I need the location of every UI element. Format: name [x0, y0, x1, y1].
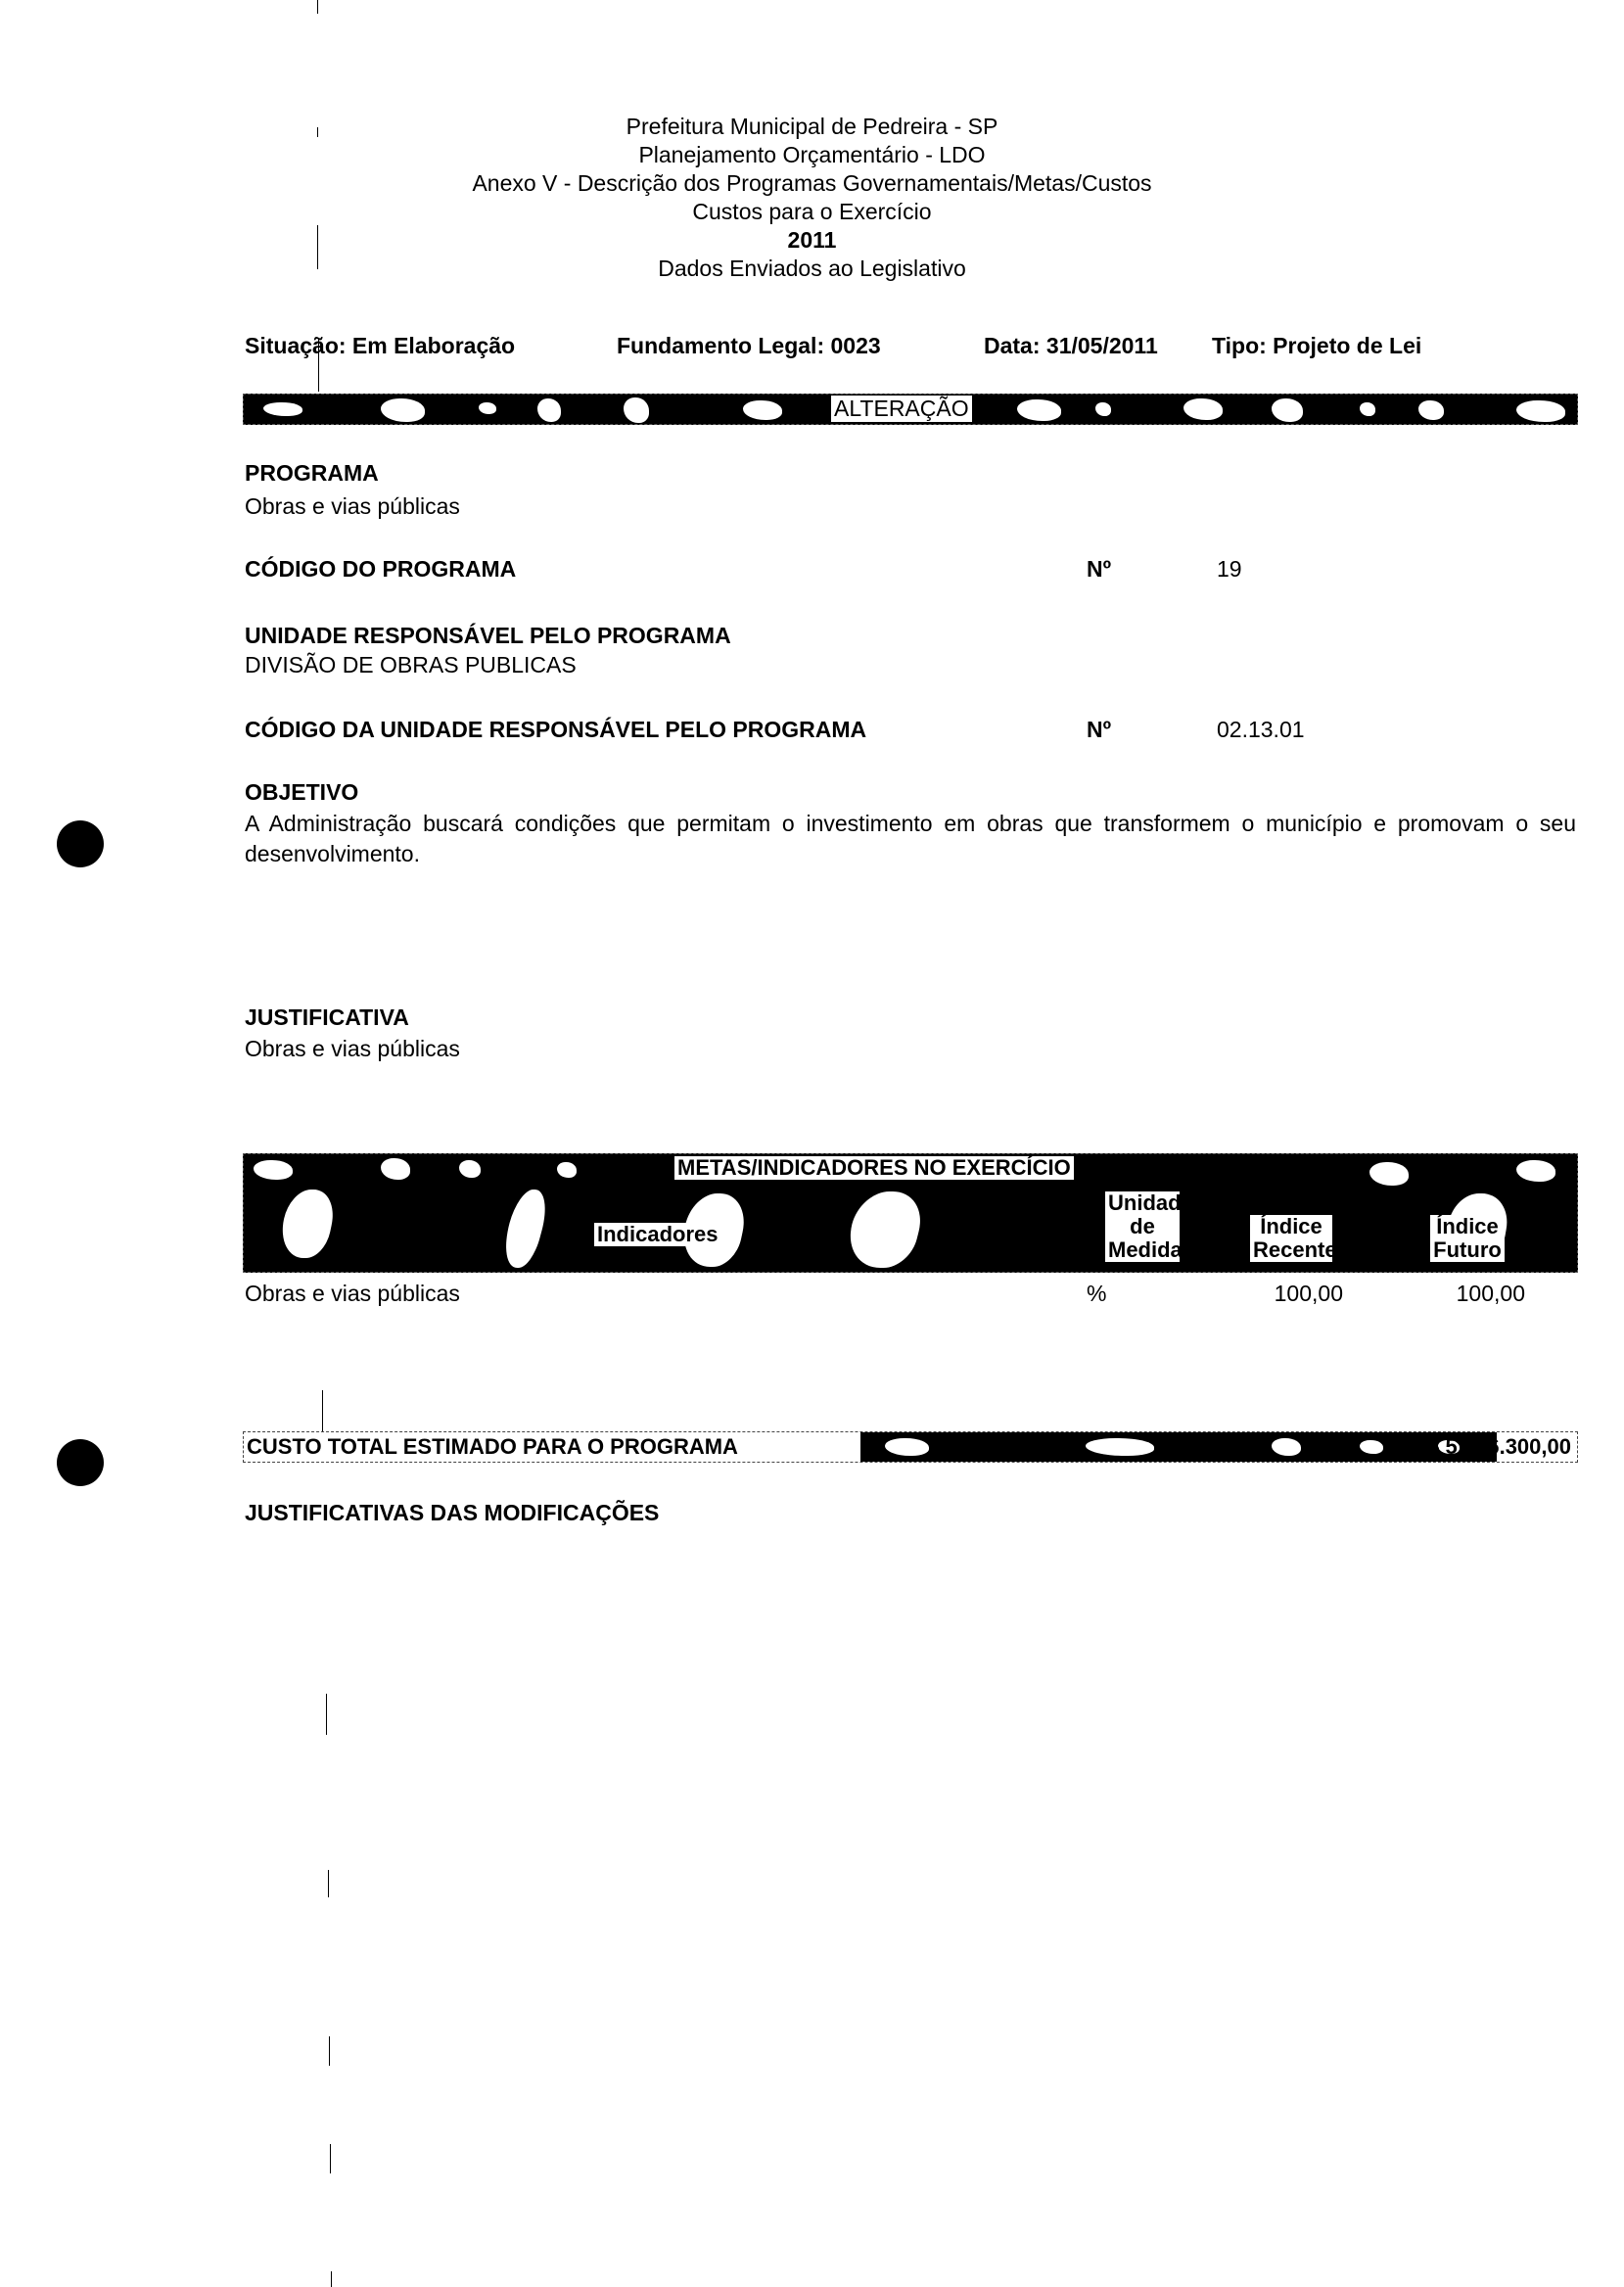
header-year: 2011	[0, 226, 1624, 255]
tipo: Tipo: Projeto de Lei	[1212, 333, 1421, 359]
codigo-programa-value: 19	[1217, 556, 1242, 583]
situacao: Situação: Em Elaboração	[245, 333, 515, 359]
punch-hole-bottom	[57, 1439, 104, 1486]
justificativa-text: Obras e vias públicas	[245, 1036, 460, 1062]
metas-row-recente: 100,00	[1275, 1281, 1343, 1307]
document-header: Prefeitura Municipal de Pedreira - SP Pl…	[0, 113, 1624, 283]
col-indice-futuro: Índice Futuro	[1430, 1215, 1505, 1262]
scan-mark	[330, 2144, 331, 2173]
header-costs: Custos para o Exercício	[0, 198, 1624, 226]
custo-total-bar: CUSTO TOTAL ESTIMADO PARA O PROGRAMA R$ …	[243, 1431, 1578, 1463]
programa-heading: PROGRAMA	[245, 460, 379, 487]
header-planning: Planejamento Orçamentário - LDO	[0, 141, 1624, 169]
col-indicadores: Indicadores	[594, 1223, 720, 1246]
col-indice-recente: Índice Recente	[1250, 1215, 1332, 1262]
scan-mark	[331, 2271, 332, 2287]
codigo-unidade-heading: CÓDIGO DA UNIDADE RESPONSÁVEL PELO PROGR…	[245, 717, 866, 743]
scan-mark	[328, 1870, 329, 1897]
fundamento-legal: Fundamento Legal: 0023	[617, 333, 881, 359]
header-sent: Dados Enviados ao Legislativo	[0, 255, 1624, 283]
header-annex: Anexo V - Descrição dos Programas Govern…	[0, 169, 1624, 198]
codigo-unidade-value: 02.13.01	[1217, 717, 1305, 743]
data: Data: 31/05/2011	[984, 333, 1158, 359]
codigo-unidade-num-label: Nº	[1087, 717, 1111, 743]
alteracao-label: ALTERAÇÃO	[831, 396, 972, 422]
scan-mark	[317, 0, 318, 14]
metas-row-indicador: Obras e vias públicas	[245, 1281, 460, 1307]
custo-total-label: CUSTO TOTAL ESTIMADO PARA O PROGRAMA	[247, 1434, 738, 1460]
header-municipality: Prefeitura Municipal de Pedreira - SP	[0, 113, 1624, 141]
objetivo-heading: OBJETIVO	[245, 779, 358, 806]
metas-row-unidade: %	[1087, 1281, 1106, 1307]
codigo-programa-heading: CÓDIGO DO PROGRAMA	[245, 556, 516, 583]
programa-value: Obras e vias públicas	[245, 493, 460, 520]
objetivo-text: A Administração buscará condições que pe…	[245, 809, 1576, 869]
metas-header: METAS/INDICADORES NO EXERCÍCIO Indicador…	[243, 1153, 1578, 1273]
unidade-heading: UNIDADE RESPONSÁVEL PELO PROGRAMA	[245, 623, 731, 649]
alteracao-band: ALTERAÇÃO	[243, 394, 1578, 425]
justificativa-heading: JUSTIFICATIVA	[245, 1004, 409, 1031]
metas-title: METAS/INDICADORES NO EXERCÍCIO	[674, 1156, 1074, 1180]
justificativas-modificacoes-heading: JUSTIFICATIVAS DAS MODIFICAÇÕES	[245, 1500, 659, 1526]
codigo-programa-num-label: Nº	[1087, 556, 1111, 583]
custo-total-value: R$ 5.666.300,00	[1412, 1434, 1571, 1460]
unidade-value: DIVISÃO DE OBRAS PUBLICAS	[245, 652, 577, 678]
punch-hole-top	[57, 820, 104, 867]
col-unidade-medida: Unidade de Medida	[1105, 1191, 1180, 1262]
scan-mark	[326, 1694, 327, 1735]
metas-row-futuro: 100,00	[1457, 1281, 1525, 1307]
custo-total-fill	[860, 1432, 1497, 1462]
scan-mark	[329, 2036, 330, 2066]
